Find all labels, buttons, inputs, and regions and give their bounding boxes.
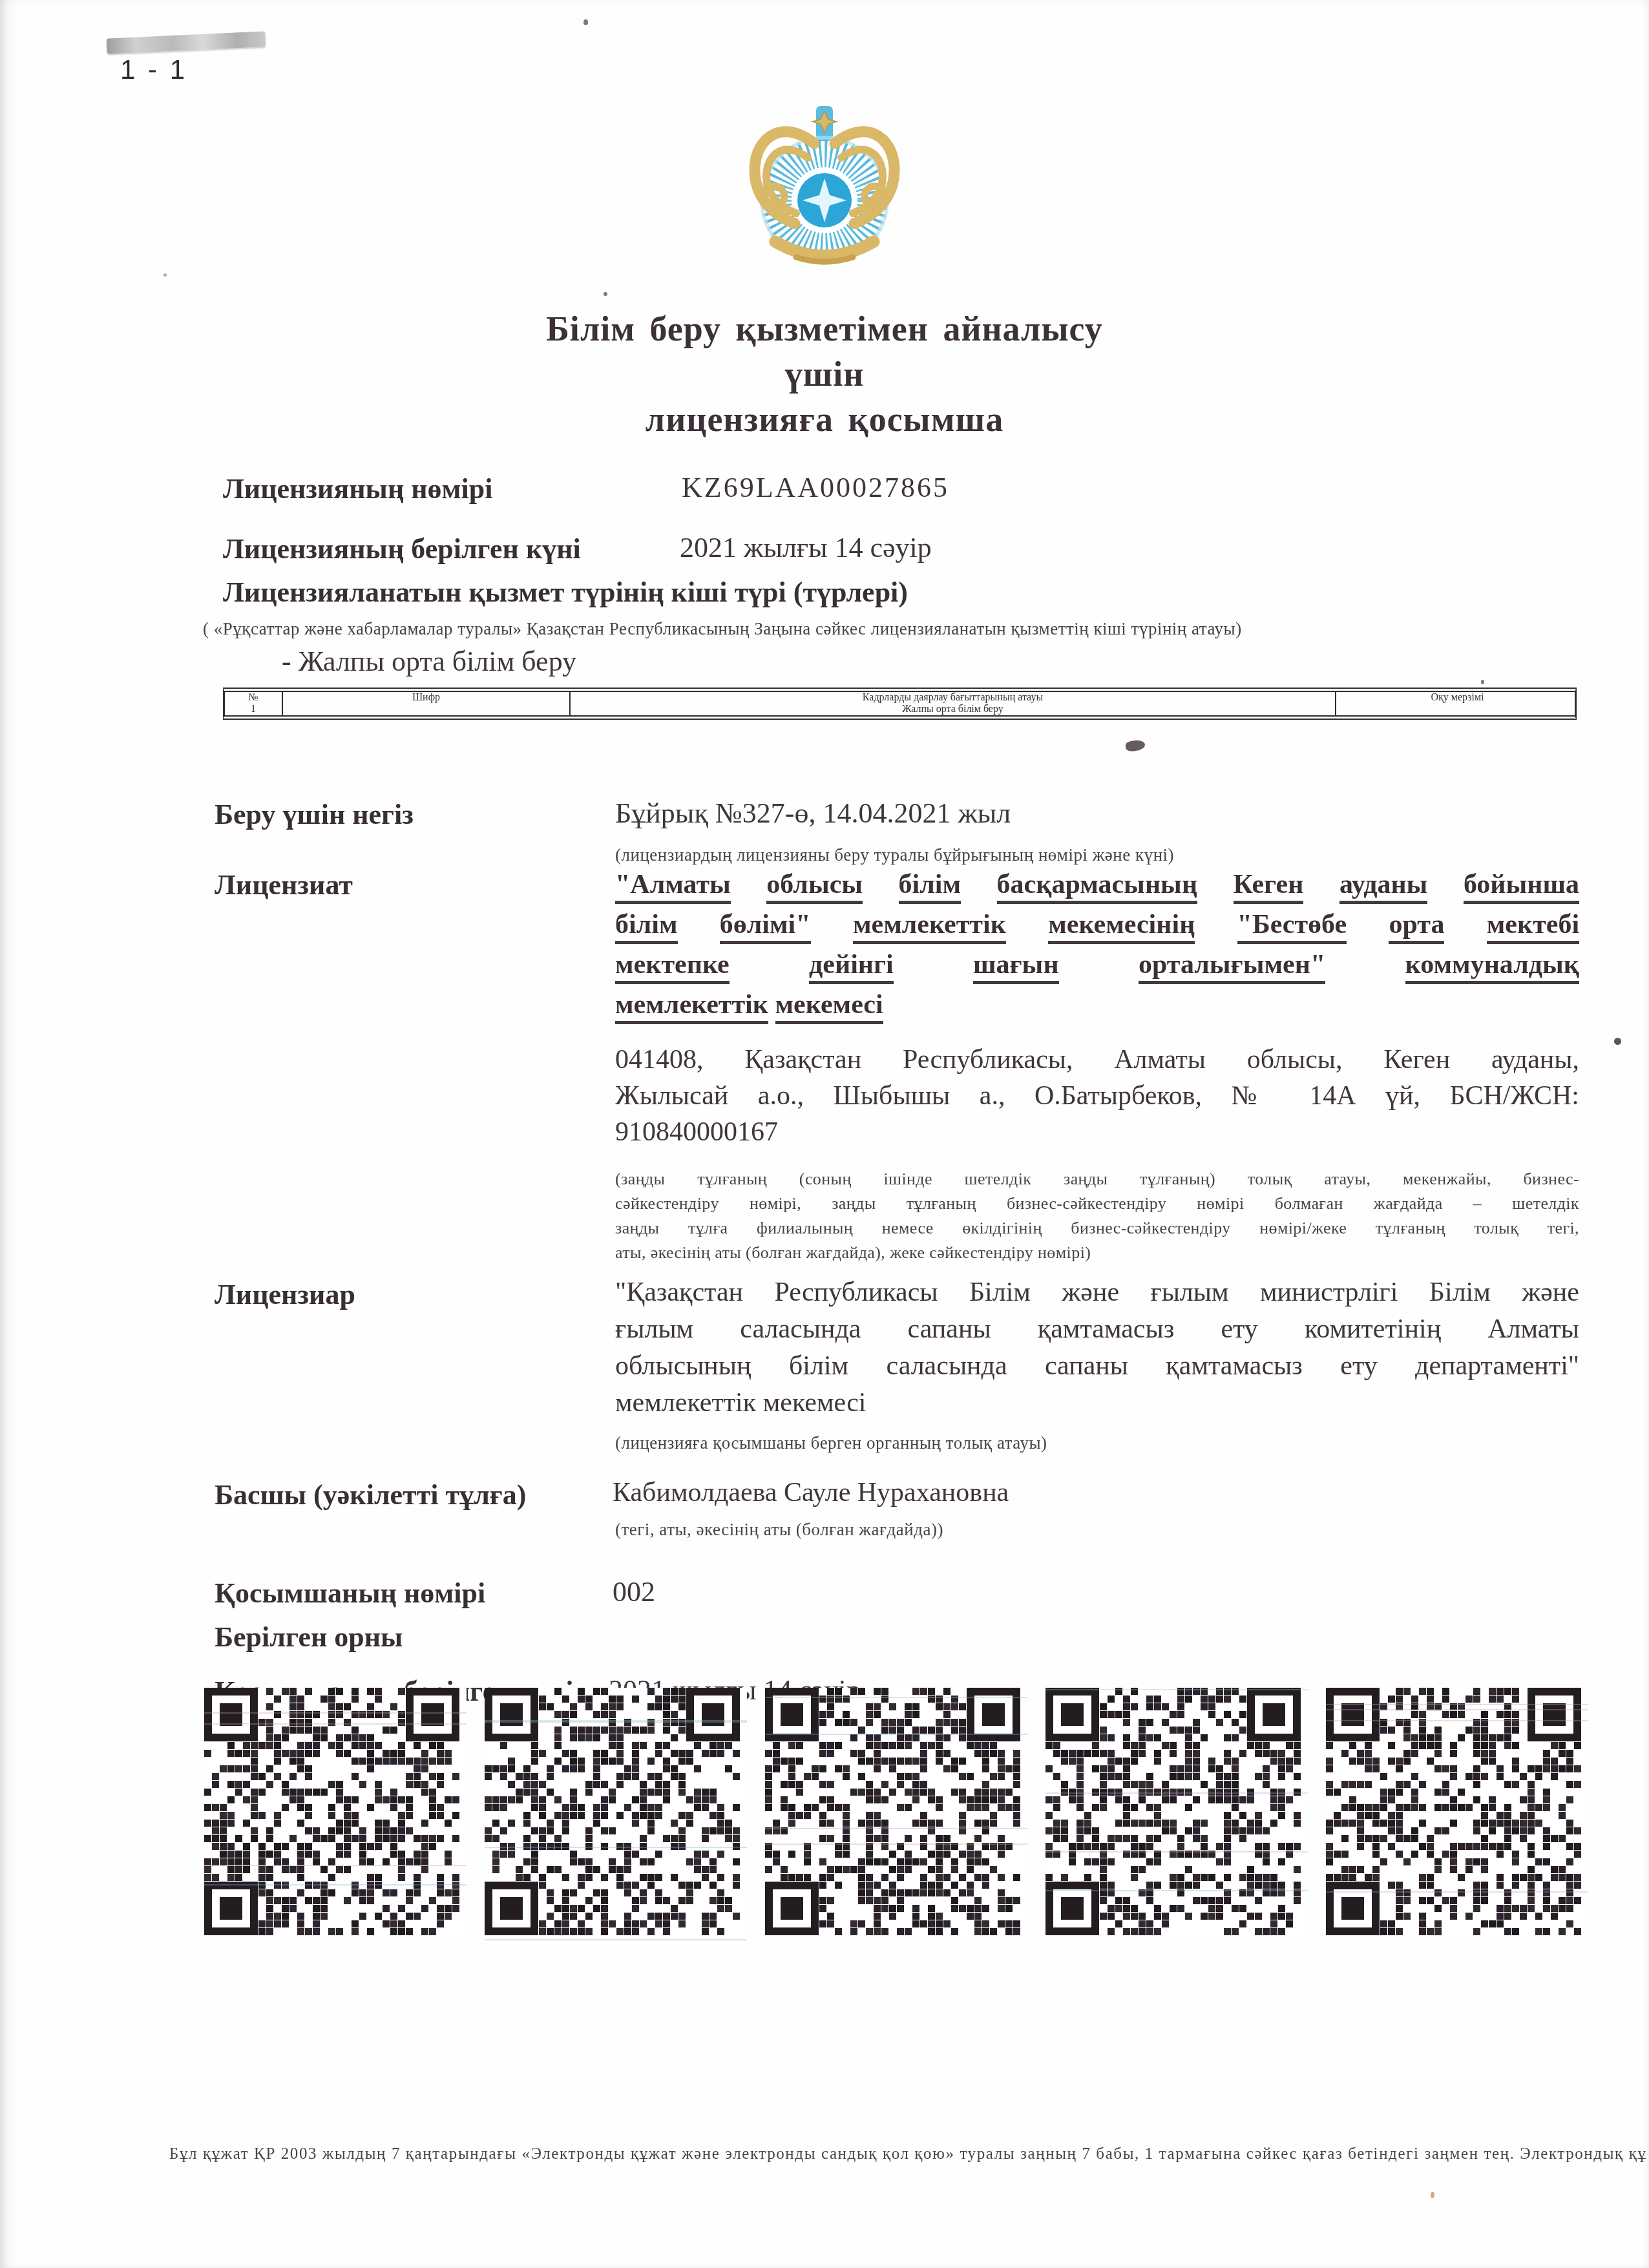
ink-speck — [604, 292, 607, 296]
qr-code-3 — [765, 1688, 1027, 1942]
table-header-num: № — [225, 692, 283, 704]
ink-speck — [1431, 2192, 1434, 2198]
paragraph-line: 041408, Қазақстан Республикасы, Алматы о… — [615, 1042, 1579, 1078]
licensor-name: "Қазақстан Республикасы Білім және ғылым… — [615, 1274, 1579, 1422]
head-person-note: (тегі, аты, әкесінің аты (болған жағдайд… — [615, 1520, 943, 1540]
footer-legal-note: Бұл құжат ҚР 2003 жылдың 7 қаңтарындағы … — [169, 2145, 1649, 2163]
head-person-value: Кабимолдаева Сауле Нурахановна — [613, 1477, 1009, 1508]
licensor-label: Лицензиар — [215, 1278, 355, 1311]
ink-speck — [1481, 680, 1484, 684]
table-cell-cipher — [283, 704, 571, 715]
table-cell-num: 1 — [225, 704, 283, 715]
page-number: 1 - 1 — [120, 54, 187, 85]
paragraph-line: облысының білім саласында сапаны қамтама… — [615, 1348, 1579, 1385]
ink-speck — [1614, 1038, 1621, 1045]
table-header-name: Кадрларды даярлау бағыттарының атауы — [571, 692, 1336, 704]
appendix-number-label: Қосымшаның нөмірі — [215, 1577, 485, 1610]
kazakhstan-coat-of-arms-icon — [740, 102, 909, 281]
table-header-duration: Оқу мерзімі — [1336, 692, 1579, 704]
scanner-artifact-strip — [107, 31, 266, 54]
paragraph-line: сәйкестендіру нөмірі, заңды тұлғаның биз… — [615, 1192, 1579, 1216]
licensee-address: 041408, Қазақстан Республикасы, Алматы о… — [615, 1042, 1579, 1150]
licensed-activity-subtype-label: Лицензияланатын қызмет түрінің кіші түрі… — [223, 576, 908, 609]
paragraph-line: "Қазақстан Республикасы Білім және ғылым… — [615, 1274, 1579, 1311]
qr-code-row — [204, 1688, 1588, 1942]
licensed-activity-subtype-note: ( «Рұқсаттар және хабарламалар туралы» Қ… — [203, 619, 1242, 639]
table-cell-name: Жалпы орта білім беру — [571, 704, 1336, 715]
issue-place-label: Берілген орны — [215, 1621, 403, 1654]
head-person-label: Басшы (уәкілетті тұлға) — [215, 1478, 526, 1511]
license-number-label: Лицензияның нөмірі — [223, 472, 493, 505]
licensee-name: "Алматы облысы білім басқармасының Кеген… — [615, 865, 1579, 1025]
paragraph-line: (заңды тұлғаның (соның ішінде шетелдік з… — [615, 1167, 1579, 1192]
scanned-license-document: 1 - 1 — [0, 0, 1649, 2268]
license-issue-date-label: Лицензияның берілген күні — [223, 532, 581, 565]
paragraph-line: "Алматы облысы білім басқармасының Кеген… — [615, 865, 1579, 905]
issue-basis-note: (лицензиардың лицензияны беру туралы бұй… — [615, 845, 1174, 865]
ink-speck — [583, 19, 588, 25]
document-title: Білім беру қызметімен айналысу үшін лице… — [0, 306, 1649, 442]
license-number-value: KZ69LAA00027865 — [682, 471, 949, 504]
qr-code-1 — [204, 1688, 467, 1942]
document-title-line3: лицензияға қосымша — [0, 397, 1649, 442]
paragraph-line: Жылысай а.о., Шыбышы а., О.Батырбеков, №… — [615, 1078, 1579, 1114]
document-title-line2: үшін — [0, 352, 1649, 397]
licensee-label: Лицензиат — [215, 868, 353, 901]
issue-basis-label: Беру үшін негіз — [215, 798, 414, 831]
issue-basis-value: Бұйрық №327-ө, 14.04.2021 жыл — [615, 797, 1011, 830]
paragraph-line: заңды тұлға филиалының немесе өкілдігіні… — [615, 1216, 1579, 1241]
table-cell-duration — [1336, 704, 1579, 715]
licensee-note: (заңды тұлғаның (соның ішінде шетелдік з… — [615, 1167, 1579, 1265]
paragraph-line: мектепке дейінгі шағын орталығымен" комм… — [615, 945, 1579, 985]
paragraph-line: ғылым саласында сапаны қамтамасыз ету ко… — [615, 1311, 1579, 1348]
paragraph-line: мемлекеттік мекемесі — [615, 985, 1579, 1025]
licensed-activity-subtype-item: - Жалпы орта білім беру — [282, 645, 576, 678]
paragraph-line: аты, әкесінің аты (болған жағдайда), жек… — [615, 1241, 1579, 1265]
appendix-number-value: 002 — [613, 1575, 655, 1608]
ink-smudge — [1125, 739, 1146, 752]
document-title-line1: Білім беру қызметімен айналысу — [0, 306, 1649, 352]
licensor-note: (лицензияға қосымшаны берген органның то… — [615, 1433, 1047, 1453]
ink-speck — [163, 273, 167, 277]
table-header-cipher: Шифр — [283, 692, 571, 704]
training-directions-table-mount: №ШифрКадрларды даярлау бағыттарының атау… — [223, 688, 1577, 720]
training-directions-table: №ШифрКадрларды даярлау бағыттарының атау… — [223, 688, 1577, 720]
qr-code-2 — [485, 1688, 747, 1942]
paragraph-line: 910840000167 — [615, 1114, 1579, 1150]
paragraph-line: мемлекеттік мекемесі — [615, 1385, 1579, 1422]
qr-code-5 — [1326, 1688, 1588, 1942]
paragraph-line: білім бөлімі" мемлекеттік мекемесінің "Б… — [615, 905, 1579, 945]
license-issue-date-value: 2021 жылғы 14 сәуір — [680, 531, 932, 564]
qr-code-4 — [1045, 1688, 1308, 1942]
